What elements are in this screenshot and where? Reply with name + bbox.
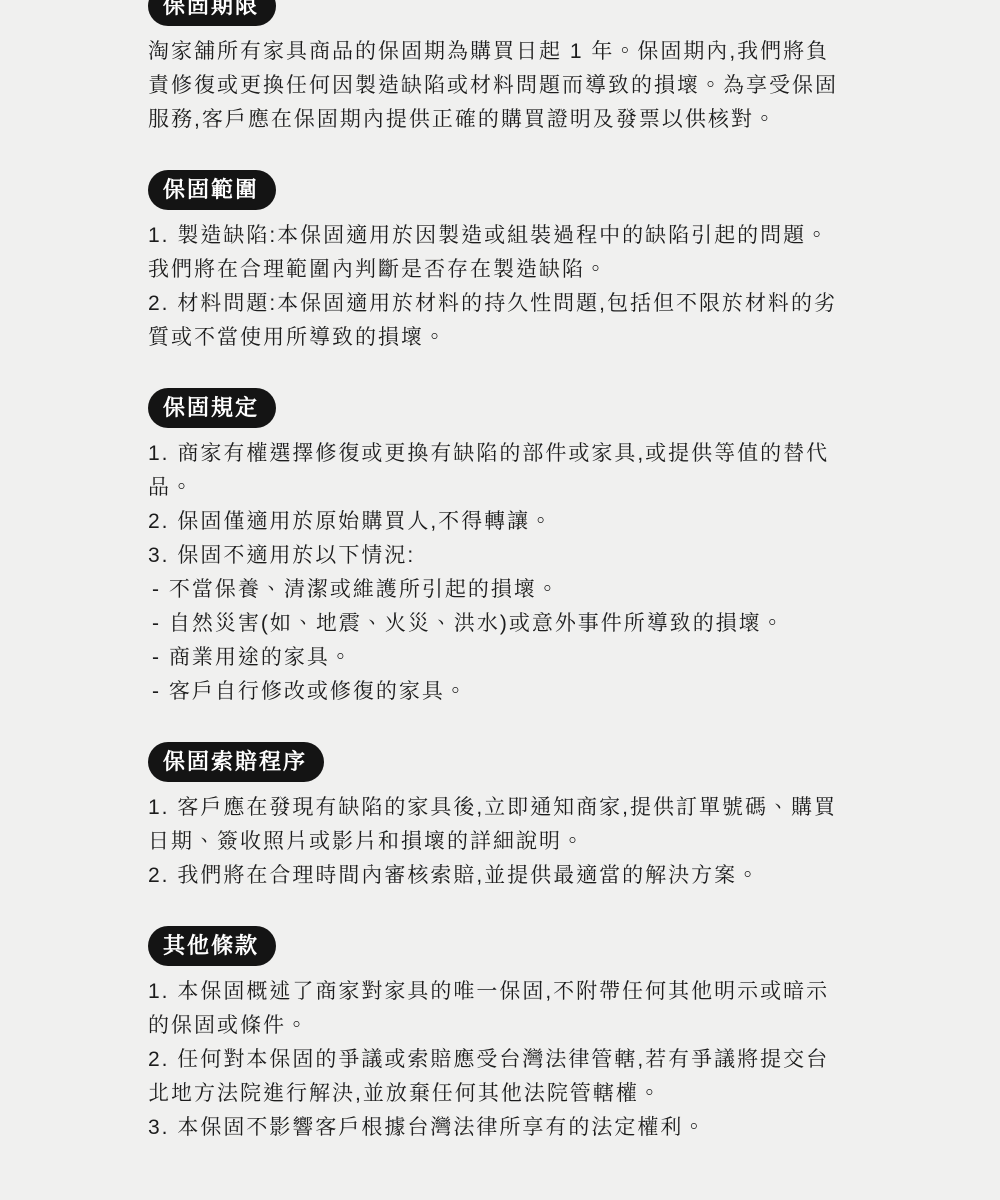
warranty-period-badge: 保固期限	[148, 0, 276, 26]
warranty-terms-page: 保固期限 淘家舖所有家具商品的保固期為購買日起 1 年。保固期內,我們將負責修復…	[0, 0, 1000, 1145]
list-item: - 自然災害(如、地震、火災、洪水)或意外事件所導致的損壞。	[148, 607, 852, 641]
section-title: 保固期限	[163, 0, 259, 19]
list-item: - 商業用途的家具。	[148, 641, 852, 675]
list-item: 1. 本保固概述了商家對家具的唯一保固,不附帶任何其他明示或暗示的保固或條件。	[148, 975, 852, 1043]
paragraph: 淘家舖所有家具商品的保固期為購買日起 1 年。保固期內,我們將負責修復或更換任何…	[148, 35, 852, 137]
warranty-rules-body: 1. 商家有權選擇修復或更換有缺陷的部件或家具,或提供等值的替代品。 2. 保固…	[148, 437, 852, 709]
section-warranty-period: 保固期限 淘家舖所有家具商品的保固期為購買日起 1 年。保固期內,我們將負責修復…	[148, 0, 855, 137]
warranty-claim-procedure-body: 1. 客戶應在發現有缺陷的家具後,立即通知商家,提供訂單號碼、購買日期、簽收照片…	[148, 791, 852, 893]
list-item: 1. 製造缺陷:本保固適用於因製造或組裝過程中的缺陷引起的問題。我們將在合理範圍…	[148, 219, 852, 287]
warranty-scope-body: 1. 製造缺陷:本保固適用於因製造或組裝過程中的缺陷引起的問題。我們將在合理範圍…	[148, 219, 852, 355]
other-terms-body: 1. 本保固概述了商家對家具的唯一保固,不附帶任何其他明示或暗示的保固或條件。 …	[148, 975, 852, 1145]
list-item: 1. 商家有權選擇修復或更換有缺陷的部件或家具,或提供等值的替代品。	[148, 437, 852, 505]
list-item: 3. 本保固不影響客戶根據台灣法律所享有的法定權利。	[148, 1111, 852, 1145]
list-item: 2. 保固僅適用於原始購買人,不得轉讓。	[148, 505, 852, 539]
section-other-terms: 其他條款 1. 本保固概述了商家對家具的唯一保固,不附帶任何其他明示或暗示的保固…	[148, 926, 855, 1145]
section-warranty-claim-procedure: 保固索賠程序 1. 客戶應在發現有缺陷的家具後,立即通知商家,提供訂單號碼、購買…	[148, 742, 855, 893]
list-item: 1. 客戶應在發現有缺陷的家具後,立即通知商家,提供訂單號碼、購買日期、簽收照片…	[148, 791, 852, 859]
list-item: 2. 我們將在合理時間內審核索賠,並提供最適當的解決方案。	[148, 859, 852, 893]
warranty-claim-procedure-badge: 保固索賠程序	[148, 742, 324, 782]
section-title: 其他條款	[163, 933, 259, 959]
list-item: - 不當保養、清潔或維護所引起的損壞。	[148, 573, 852, 607]
warranty-rules-badge: 保固規定	[148, 388, 276, 428]
warranty-period-body: 淘家舖所有家具商品的保固期為購買日起 1 年。保固期內,我們將負責修復或更換任何…	[148, 35, 852, 137]
section-warranty-rules: 保固規定 1. 商家有權選擇修復或更換有缺陷的部件或家具,或提供等值的替代品。 …	[148, 388, 855, 709]
list-item: 2. 任何對本保固的爭議或索賠應受台灣法律管轄,若有爭議將提交台北地方法院進行解…	[148, 1043, 852, 1111]
section-title: 保固規定	[163, 395, 259, 421]
other-terms-badge: 其他條款	[148, 926, 276, 966]
section-title: 保固索賠程序	[163, 749, 307, 775]
list-item: 2. 材料問題:本保固適用於材料的持久性問題,包括但不限於材料的劣質或不當使用所…	[148, 287, 852, 355]
list-item: 3. 保固不適用於以下情況:	[148, 539, 852, 573]
section-warranty-scope: 保固範圍 1. 製造缺陷:本保固適用於因製造或組裝過程中的缺陷引起的問題。我們將…	[148, 170, 855, 355]
section-title: 保固範圍	[163, 177, 259, 203]
list-item: - 客戶自行修改或修復的家具。	[148, 675, 852, 709]
warranty-scope-badge: 保固範圍	[148, 170, 276, 210]
